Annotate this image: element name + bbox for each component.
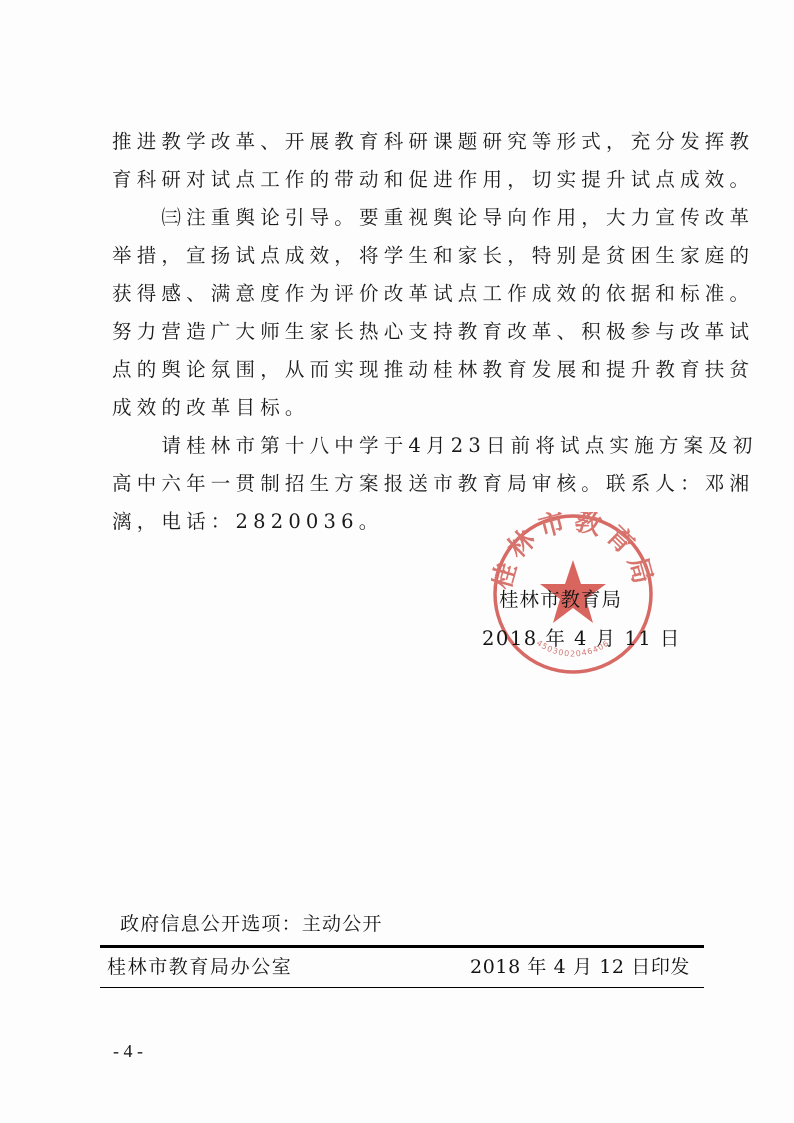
document-page: 推进教学改革、开展教育科研课题研究等形式，充分发挥教 育科研对试点工作的带动和促… [0, 0, 794, 1123]
body-line-8: 成效的改革目标。 [112, 396, 310, 420]
body-line-11: 漓，电话：2820036。 [112, 510, 383, 534]
body-line-1: 推进教学改革、开展教育科研课题研究等形式，充分发挥教 [112, 130, 754, 154]
issuing-office: 桂林市教育局办公室 [107, 955, 292, 979]
body-line-5: 获得感、满意度作为评价改革试点工作成效的依据和标准。 [112, 282, 754, 306]
signature-organization: 桂林市教育局 [499, 588, 622, 612]
body-line-7: 点的舆论氛围，从而实现推动桂林教育发展和提升教育扶贫 [112, 358, 754, 382]
page-number: - 4 - [113, 1040, 143, 1062]
body-line-2: 育科研对试点工作的带动和促进作用，切实提升试点成效。 [112, 168, 754, 192]
body-line-6: 努力营造广大师生家长热心支持教育改革、积极参与改革试 [112, 320, 754, 344]
body-line-9: 请桂林市第十八中学于4月23日前将试点实施方案及初 [112, 434, 758, 458]
body-line-10: 高中六年一贯制招生方案报送市教育局审核。联系人：邓湘 [112, 472, 754, 496]
print-date: 2018 年 4 月 12 日印发 [470, 955, 690, 979]
signature-date: 2018 年 4 月 11 日 [482, 627, 681, 651]
footer-divider-thick [100, 945, 704, 948]
body-line-3: ㈢注重舆论引导。要重视舆论导向作用，大力宣传改革 [112, 206, 754, 230]
disclosure-option: 政府信息公开选项：主动公开 [120, 912, 383, 936]
body-line-4: 举措，宣扬试点成效，将学生和家长，特别是贫困生家庭的 [112, 244, 754, 268]
footer-divider-thin [100, 987, 704, 988]
